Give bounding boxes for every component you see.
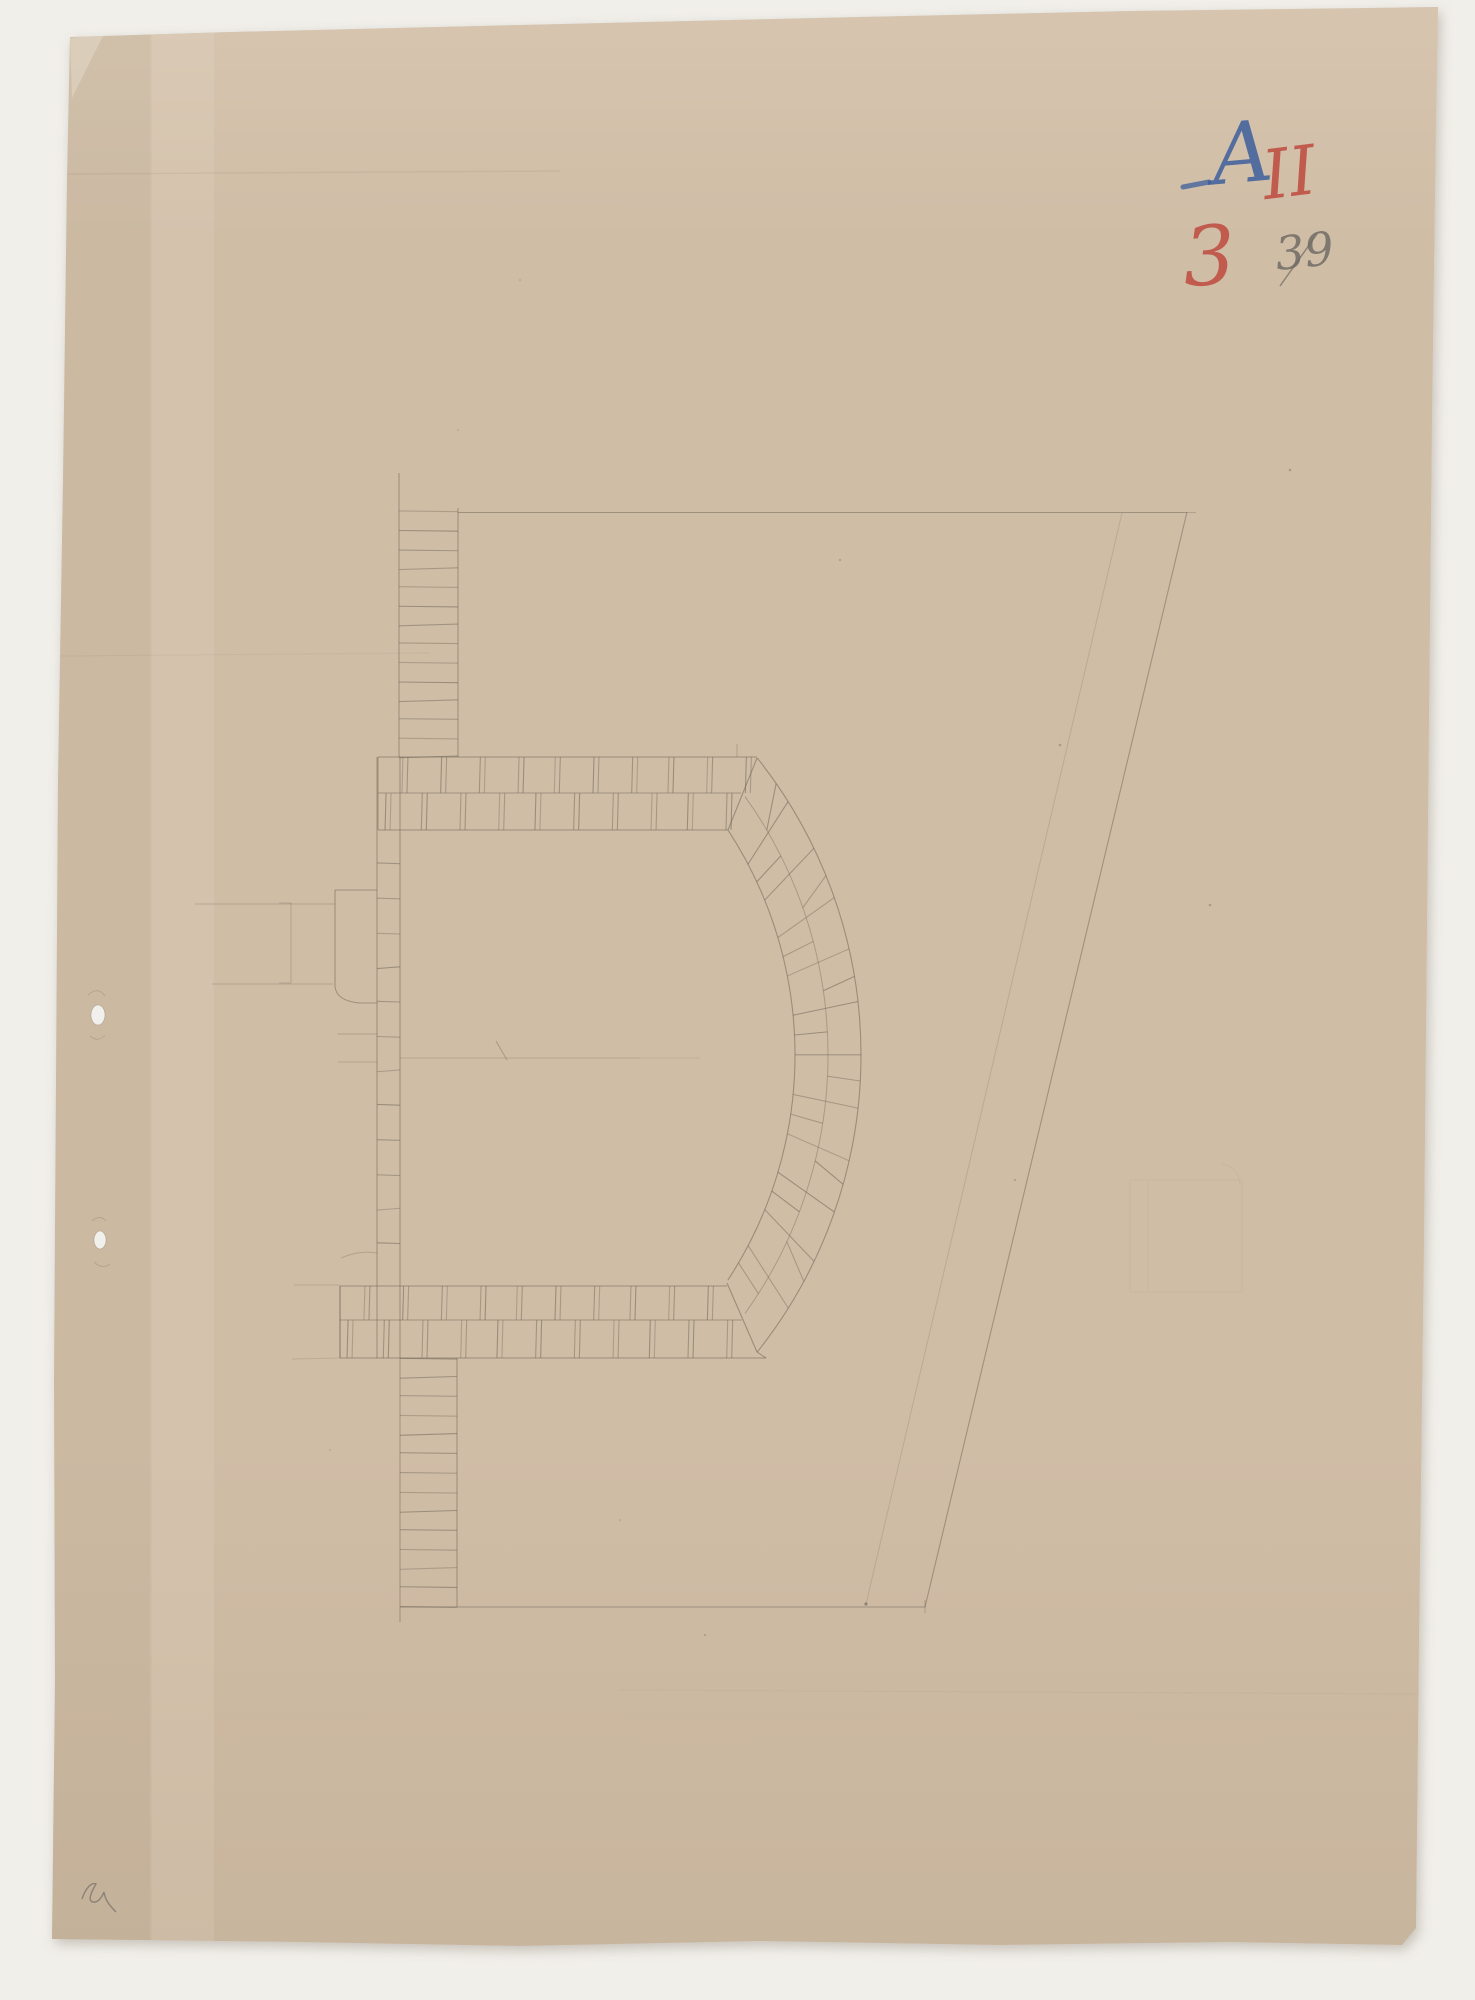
number-red: 3 <box>1181 208 1238 306</box>
paper-texture <box>0 0 1475 2000</box>
scanned-sheet-stage: A II 3 39 <box>0 0 1475 2000</box>
scan-canvas: A II 3 39 <box>0 0 1475 2000</box>
series-numeral-red: II <box>1256 131 1322 216</box>
